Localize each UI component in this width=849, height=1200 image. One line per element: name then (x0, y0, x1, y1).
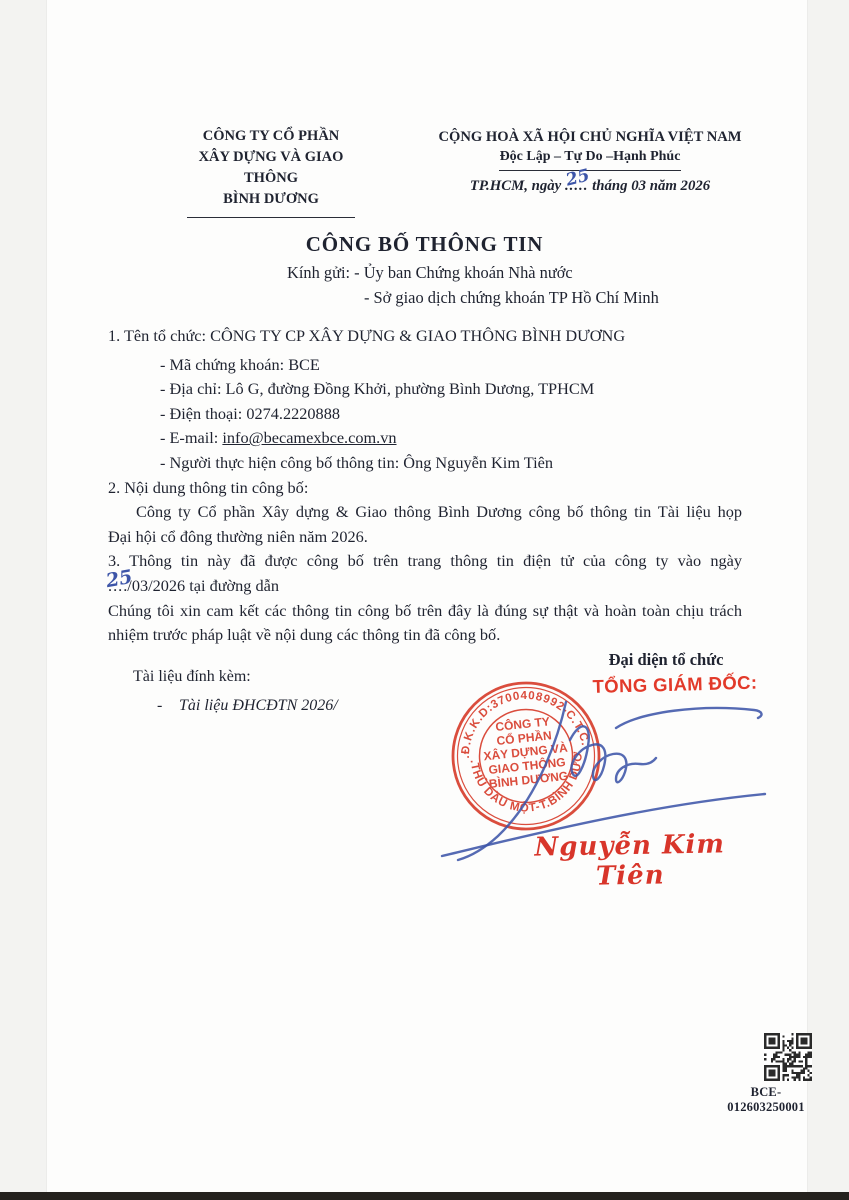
national-title: CỘNG HOÀ XÃ HỘI CHỦ NGHĨA VIỆT NAM (438, 128, 742, 147)
publish-day-dots: ... (108, 576, 123, 595)
date-dots: ..... (565, 178, 589, 194)
document-title: CÔNG BỐ THÔNG TIN (0, 232, 849, 257)
commitment-line2: nhiệm trước pháp luật về nội dung các th… (108, 623, 742, 648)
signatory-name: Nguyễn Kim Tiên (519, 829, 740, 893)
date-suffix: tháng 03 năm 2026 (588, 178, 710, 194)
header-underline (187, 217, 355, 218)
item-ticker: - Mã chứng khoán: BCE (160, 353, 742, 378)
section2-heading: 2. Nội dung thông tin công bố: (108, 476, 742, 501)
item-email: - E-mail: info@becamexbce.com.vn (160, 426, 742, 451)
section3-line2: ...25./03/2026 tại đường dẫn (108, 574, 742, 599)
national-header-block: CỘNG HOÀ XÃ HỘI CHỦ NGHĨA VIỆT NAM Độc L… (438, 128, 742, 195)
attachment-text: Tài liệu ĐHCĐTN 2026/ (179, 697, 338, 714)
section3-line1: 3. Thông tin này đã được công bố trên tr… (108, 549, 742, 574)
qr-code (764, 1033, 812, 1081)
document-body: 1. Tên tổ chức: CÔNG TY CP XÂY DỰNG & GI… (108, 324, 742, 648)
date-line: TP.HCM, ngày .....25 tháng 03 năm 2026 (438, 178, 742, 195)
attachment-item: -Tài liệu ĐHCĐTN 2026/ (133, 697, 338, 715)
company-name-line1: CÔNG TY CỔ PHẦN (178, 126, 364, 147)
scanned-disclosure-document: CÔNG TY CỔ PHẦN XÂY DỰNG VÀ GIAO THÔNG B… (0, 0, 849, 1200)
email-address: info@becamexbce.com.vn (222, 428, 396, 447)
section2-paragraph-line1: Công ty Cổ phần Xây dựng & Giao thông Bì… (108, 500, 742, 525)
qr-label: BCE-012603250001 (716, 1085, 816, 1115)
commitment-line1: Chúng tôi xin cam kết các thông tin công… (108, 599, 742, 624)
national-motto: Độc Lập – Tự Do –Hạnh Phúc (438, 147, 742, 167)
attachments-block: Tài liệu đính kèm: -Tài liệu ĐHCĐTN 2026… (133, 668, 338, 715)
date-prefix: TP.HCM, ngày (470, 178, 565, 194)
item-phone: - Điện thoại: 0274.2220888 (160, 402, 742, 427)
recipient-line2: - Sở giao dịch chứng khoán TP Hồ Chí Min… (287, 286, 659, 311)
section1-items: - Mã chứng khoán: BCE - Địa chỉ: Lô G, đ… (160, 353, 742, 476)
company-name-line2: XÂY DỰNG VÀ GIAO THÔNG (178, 147, 364, 189)
qr-block: BCE-012603250001 (716, 1033, 816, 1115)
representative-title: Đại diện tổ chức (548, 650, 784, 670)
item-disclosure-person: - Người thực hiện công bố thông tin: Ông… (160, 451, 742, 476)
section2-paragraph-line2: Đại hội cổ đông thường niên năm 2026. (108, 525, 742, 550)
attachment-bullet: - (157, 697, 179, 715)
scan-bottom-edge (0, 1192, 849, 1200)
publish-day-slot: ...25 (108, 574, 123, 599)
recipients-block: Kính gửi: - Ủy ban Chứng khoán Nhà nước … (287, 261, 659, 310)
company-name-line3: BÌNH DƯƠNG (178, 189, 364, 210)
date-day-slot: .....25 (565, 178, 589, 195)
recipient-line1: Kính gửi: - Ủy ban Chứng khoán Nhà nước (287, 261, 659, 286)
item-address: - Địa chỉ: Lô G, đường Đồng Khởi, phường… (160, 377, 742, 402)
motto-underline (499, 170, 681, 171)
email-label: - E-mail: (160, 428, 222, 447)
company-header-block: CÔNG TY CỔ PHẦN XÂY DỰNG VÀ GIAO THÔNG B… (178, 126, 364, 218)
attachments-label: Tài liệu đính kèm: (133, 668, 338, 686)
section1-heading: 1. Tên tổ chức: CÔNG TY CP XÂY DỰNG & GI… (108, 324, 742, 349)
publish-date-rest: ./03/2026 tại đường dẫn (123, 576, 279, 595)
